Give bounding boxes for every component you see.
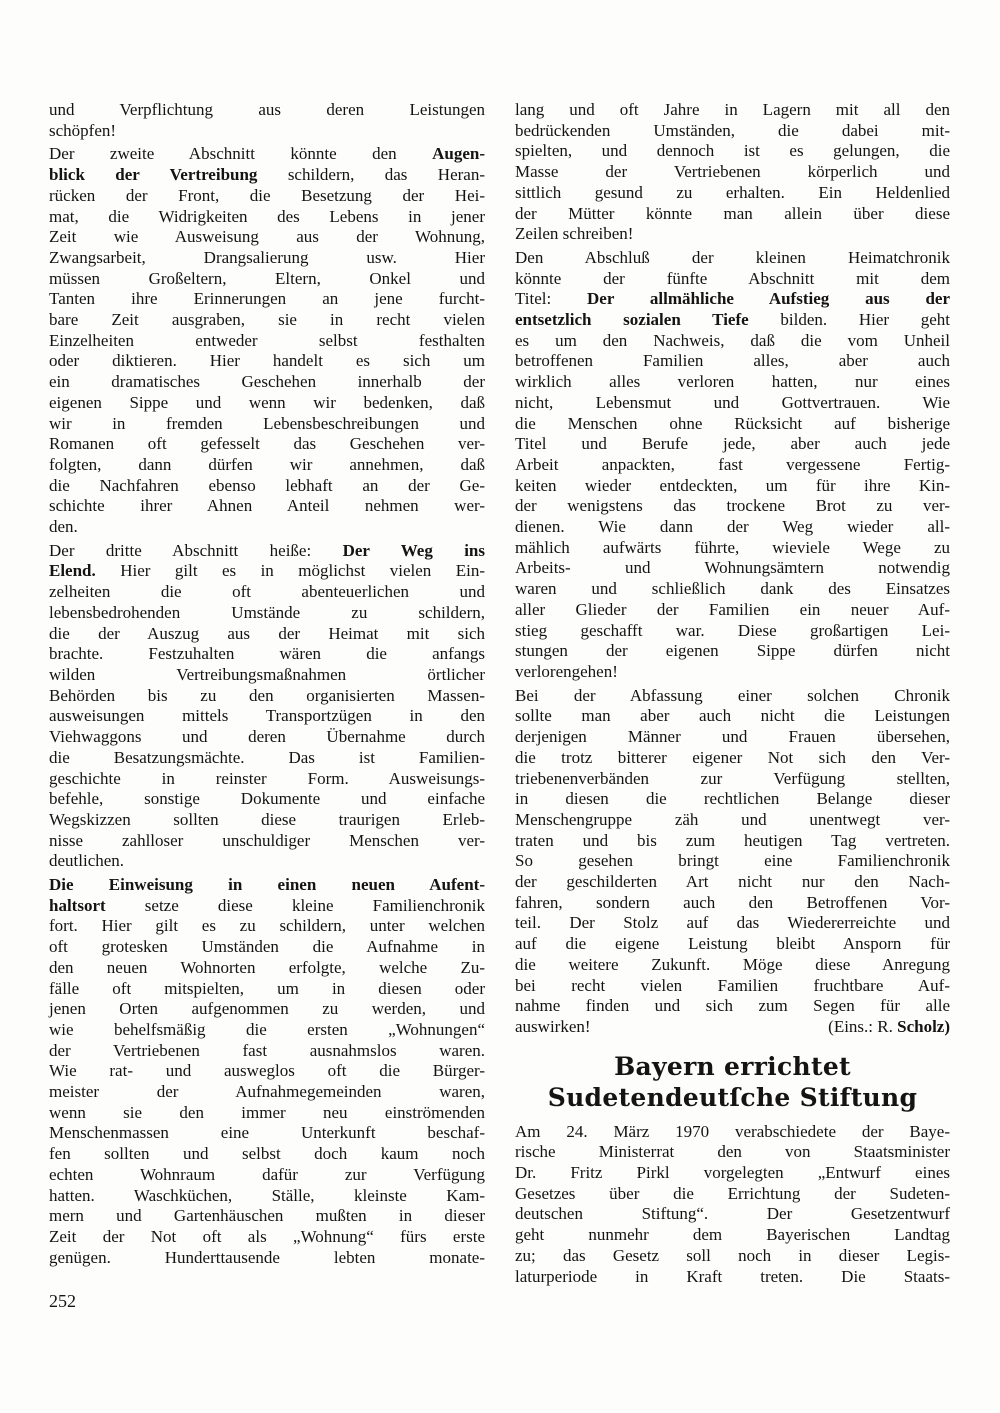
text-segment: stieg geschafft war. Diese großartigen L…	[515, 621, 950, 640]
text-line: derjenigen Männer und Frauen übersehen,	[515, 727, 950, 748]
text-segment: ausweisungen mittels Transportzügen in d…	[49, 706, 485, 725]
text-line: rücken der Front, die Besetzung der Hei-	[49, 186, 485, 207]
paragraph: Am 24. März 1970 verabschiedete der Baye…	[515, 1122, 950, 1288]
text-line: oder diktieren. Hier handelt es sich um	[49, 351, 485, 372]
column-right: lang und oft Jahre in Lagern mit all den…	[515, 100, 950, 1287]
text-segment: in diesen die rechtlichen Belange dieser	[515, 789, 950, 808]
text-line: jenen Orten aufgenommen zu werden, und	[49, 999, 485, 1020]
text-segment: zu; das Gesetz soll noch in dieser Legis…	[515, 1246, 950, 1265]
text-segment: die Besatzungsmächte. Das ist Familien-	[49, 748, 485, 767]
paragraph: Die Einweisung in einen neuen Aufent-hal…	[49, 875, 485, 1268]
text-segment: Menschengruppe zäh und unentwegt ver-	[515, 810, 950, 829]
text-line: auswirken!(Eins.: R. Scholz)	[515, 1017, 950, 1038]
article-heading-line: Sudetendeutſche Stiftung	[515, 1082, 950, 1113]
text-segment: müssen Großeltern, Eltern, Onkel und	[49, 269, 485, 288]
text-segment: nisse zahlloser unschuldiger Menschen ve…	[49, 831, 485, 850]
text-line: Arbeit anpackten, fast vergessene Fertig…	[515, 455, 950, 476]
text-line: mern und Gartenhäuschen mußten in dieser	[49, 1206, 485, 1227]
text-line: Der zweite Abschnitt könnte den Augen-	[49, 144, 485, 165]
text-line: Masse der Vertriebenen körperlich und	[515, 162, 950, 183]
text-line: Dr. Fritz Pirkl vorgelegten „Entwurf ein…	[515, 1163, 950, 1184]
text-segment: der geschilderten Art nicht nur den Nach…	[515, 872, 950, 891]
text-line: Viehwaggons und deren Übernahme durch	[49, 727, 485, 748]
text-segment: bilden. Hier geht	[749, 310, 950, 329]
text-segment: die der Auszug aus der Heimat mit sich	[49, 624, 485, 643]
text-line: die weitere Zukunft. Möge diese Anregung	[515, 955, 950, 976]
text-segment: mern und Gartenhäuschen mußten in dieser	[49, 1206, 485, 1225]
text-line: Titel: Der allmähliche Aufstieg aus der	[515, 289, 950, 310]
text-segment: deutlichen.	[49, 851, 124, 870]
text-segment: Tanten ihre Erinnerungen an jene furcht-	[49, 289, 485, 308]
text-segment: Masse der Vertriebenen körperlich und	[515, 162, 950, 181]
text-line: lang und oft Jahre in Lagern mit all den	[515, 100, 950, 121]
bold-text-segment: Der allmähliche Aufstieg aus der	[587, 289, 950, 308]
text-line: stieg geschafft war. Diese großartigen L…	[515, 621, 950, 642]
text-line: zu; das Gesetz soll noch in dieser Legis…	[515, 1246, 950, 1267]
text-segment: geschichte in reinster Form. Ausweisungs…	[49, 769, 485, 788]
text-line: der Mütter könnte man allein über diese	[515, 204, 950, 225]
text-line: Arbeits- und Wohnungsämtern notwendig	[515, 558, 950, 579]
text-line: wie behelfsmäßig die ersten „Wohnungen“	[49, 1020, 485, 1041]
bold-text-segment: entsetzlich sozialen Tiefe	[515, 310, 749, 329]
text-segment: zelheiten die oft abenteuerlichen und	[49, 582, 485, 601]
text-line: blick der Vertreibung schildern, das Her…	[49, 165, 485, 186]
text-line: Romanen oft gefesselt das Geschehen ver-	[49, 434, 485, 455]
text-line: wirklich alles verloren hatten, nur eine…	[515, 372, 950, 393]
text-line: teil. Der Stolz auf das Wiedererreichte …	[515, 913, 950, 934]
text-line: Elend. Hier gilt es in möglichst vielen …	[49, 561, 485, 582]
text-segment: derjenigen Männer und Frauen übersehen,	[515, 727, 950, 746]
text-line: ausweisungen mittels Transportzügen in d…	[49, 706, 485, 727]
bold-text-segment: Der Weg ins	[343, 541, 485, 560]
text-line: Zeit der Not oft als „Wohnung“ fürs erst…	[49, 1227, 485, 1248]
text-segment: die Nachfahren ebenso lebhaft an der Ge-	[49, 476, 485, 495]
line-right-part: (Eins.: R. Scholz)	[828, 1017, 950, 1038]
text-segment: der wenigstens das trockene Brot zu ver-	[515, 496, 950, 515]
text-segment: der Mütter könnte man allein über diese	[515, 204, 950, 223]
text-line: die Menschen ohne Rücksicht auf bisherig…	[515, 414, 950, 435]
text-line: Einzelheiten entweder selbst festhalten	[49, 331, 485, 352]
paragraph: Bei der Abfassung einer solchen Chroniks…	[515, 686, 950, 1038]
text-segment: die trotz bitterer eigener Not sich den …	[515, 748, 950, 767]
text-segment: und Verpflichtung aus deren Leistungen	[49, 100, 485, 119]
text-segment: stungen der eigenen Sippe dürfen nicht	[515, 641, 950, 660]
text-line: stungen der eigenen Sippe dürfen nicht	[515, 641, 950, 662]
text-line: wir in fremden Lebensbeschreibungen und	[49, 414, 485, 435]
text-line: haltsort setze diese kleine Familienchro…	[49, 896, 485, 917]
text-line: Gesetzes über die Errichtung der Sudeten…	[515, 1184, 950, 1205]
text-line: keiten wieder entdeckten, um für ihre Ki…	[515, 476, 950, 497]
text-segment: sittlich gesund zu erhalten. Ein Heldenl…	[515, 183, 950, 202]
text-line: nisse zahlloser unschuldiger Menschen ve…	[49, 831, 485, 852]
text-segment: fahren, sondern auch den Betroffenen Vor…	[515, 893, 950, 912]
text-line: den neuen Wohnorten erfolgte, welche Zu-	[49, 958, 485, 979]
text-line: Zeilen schreiben!	[515, 224, 950, 245]
text-segment: nicht, Lebensmut und Gottvertrauen. Wie	[515, 393, 950, 412]
text-segment: schildern, das Heran-	[257, 165, 485, 184]
text-line: waren und schließlich dank des Einsatzes	[515, 579, 950, 600]
text-line: schöpfen!	[49, 121, 485, 142]
text-segment: laturperiode in Kraft treten. Die Staats…	[515, 1267, 950, 1286]
text-segment: auswirken!	[515, 1017, 591, 1036]
text-segment: Viehwaggons und deren Übernahme durch	[49, 727, 485, 746]
text-line: geht nunmehr dem Bayerischen Landtag	[515, 1225, 950, 1246]
text-line: laturperiode in Kraft treten. Die Staats…	[515, 1267, 950, 1288]
text-line: eigenen Sippe und wenn wir bedenken, daß	[49, 393, 485, 414]
text-line: folgten, dann dürfen wir annehmen, daß	[49, 455, 485, 476]
text-line: sollte man aber auch nicht die Leistunge…	[515, 706, 950, 727]
paragraph: und Verpflichtung aus deren Leistungensc…	[49, 100, 485, 141]
text-segment: der Vertriebenen fast ausnahmslos waren.	[49, 1041, 485, 1060]
text-line: Die Einweisung in einen neuen Aufent-	[49, 875, 485, 896]
text-line: die trotz bitterer eigener Not sich den …	[515, 748, 950, 769]
text-segment: Behörden bis zu den organisierten Massen…	[49, 686, 485, 705]
text-segment: sollte man aber auch nicht die Leistunge…	[515, 706, 950, 725]
text-line: nahme finden und sich zum Segen für alle	[515, 996, 950, 1017]
text-segment: wenn sie den immer neu einströmenden	[49, 1103, 485, 1122]
paragraph: Der zweite Abschnitt könnte den Augen-bl…	[49, 144, 485, 537]
text-segment: die weitere Zukunft. Möge diese Anregung	[515, 955, 950, 974]
document-page: und Verpflichtung aus deren Leistungensc…	[0, 0, 1000, 1413]
text-segment: fen sollten und selbst doch kaum noch	[49, 1144, 485, 1163]
text-segment: waren und schließlich dank des Einsatzes	[515, 579, 950, 598]
text-line: wilden Vertreibungsmaßnahmen örtlicher	[49, 665, 485, 686]
text-segment: meister der Aufnahmegemeinden waren,	[49, 1082, 485, 1101]
text-segment: betroffenen Familien alles, aber auch	[515, 351, 950, 370]
text-line: mählich aufwärts führte, wieviele Wege z…	[515, 538, 950, 559]
bold-text-segment: Scholz)	[897, 1017, 950, 1036]
text-line: die Nachfahren ebenso lebhaft an der Ge-	[49, 476, 485, 497]
text-line: die Besatzungsmächte. Das ist Familien-	[49, 748, 485, 769]
text-segment: Titel:	[515, 289, 587, 308]
text-segment: lebensbedrohenden Umstände zu schildern,	[49, 603, 485, 622]
paragraph: Den Abschluß der kleinen Heimatchronikkö…	[515, 248, 950, 683]
text-segment: rücken der Front, die Besetzung der Hei-	[49, 186, 485, 205]
text-line: fälle oft mitspielten, um in diesen oder	[49, 979, 485, 1000]
text-line: fahren, sondern auch den Betroffenen Vor…	[515, 893, 950, 914]
text-segment: Am 24. März 1970 verabschiedete der Baye…	[515, 1122, 950, 1141]
text-segment: Zwangsarbeit, Drangsalierung usw. Hier	[49, 248, 485, 267]
text-segment: dienen. Wie dann der Weg wieder all-	[515, 517, 950, 536]
text-line: der geschilderten Art nicht nur den Nach…	[515, 872, 950, 893]
text-segment: Zeit wie Ausweisung aus der Wohnung,	[49, 227, 485, 246]
text-segment: es um den Nachweis, daß die vom Unheil	[515, 331, 950, 350]
text-segment: könnte der fünfte Abschnitt mit dem	[515, 269, 950, 288]
text-segment: nahme finden und sich zum Segen für alle	[515, 996, 950, 1015]
text-line: Wegskizzen sollten diese traurigen Erleb…	[49, 810, 485, 831]
text-line: die der Auszug aus der Heimat mit sich	[49, 624, 485, 645]
text-segment: schichte ihrer Ahnen Anteil nehmen wer-	[49, 496, 485, 515]
text-line: bei recht vielen Familien fruchtbare Auf…	[515, 976, 950, 997]
text-line: lebensbedrohenden Umstände zu schildern,	[49, 603, 485, 624]
text-segment: Der zweite Abschnitt könnte den	[49, 144, 432, 163]
text-line: sittlich gesund zu erhalten. Ein Heldenl…	[515, 183, 950, 204]
text-segment: Einzelheiten entweder selbst festhalten	[49, 331, 485, 350]
text-segment: Der dritte Abschnitt heiße:	[49, 541, 343, 560]
bold-text-segment: Elend.	[49, 561, 96, 580]
text-line: wenn sie den immer neu einströmenden	[49, 1103, 485, 1124]
text-line: befehle, sonstige Dokumente und einfache	[49, 789, 485, 810]
text-line: Menschenmassen eine Unterkunft beschaf-	[49, 1123, 485, 1144]
text-line: Bei der Abfassung einer solchen Chronik	[515, 686, 950, 707]
text-line: traten und bis zum heutigen Tag vertrete…	[515, 831, 950, 852]
text-segment: den neuen Wohnorten erfolgte, welche Zu-	[49, 958, 485, 977]
text-line: verlorengehen!	[515, 662, 950, 683]
text-segment: bedrückenden Umständen, die dabei mit-	[515, 121, 950, 140]
text-segment: Titel und Berufe jede, aber auch jede	[515, 434, 950, 453]
text-segment: Wie rat- und ausweglos oft die Bürger-	[49, 1061, 485, 1080]
text-line: spielten, und dennoch ist es gelungen, d…	[515, 141, 950, 162]
article-heading-line: Bayern errichtet	[515, 1051, 950, 1082]
text-line: fen sollten und selbst doch kaum noch	[49, 1144, 485, 1165]
text-line: So gesehen bringt eine Familienchronik	[515, 851, 950, 872]
text-segment: keiten wieder entdeckten, um für ihre Ki…	[515, 476, 950, 495]
text-line: rische Ministerrat den von Staatsministe…	[515, 1142, 950, 1163]
text-segment: Zeit der Not oft als „Wohnung“ fürs erst…	[49, 1227, 485, 1246]
text-line: bare Zeit ausgraben, sie in recht vielen	[49, 310, 485, 331]
text-line: der wenigstens das trockene Brot zu ver-	[515, 496, 950, 517]
text-segment: Arbeit anpackten, fast vergessene Fertig…	[515, 455, 950, 474]
bold-text-segment: Augen-	[432, 144, 485, 163]
text-line: Tanten ihre Erinnerungen an jene furcht-	[49, 289, 485, 310]
text-line: Zwangsarbeit, Drangsalierung usw. Hier	[49, 248, 485, 269]
text-segment: aller Glieder der Familien ein neuer Auf…	[515, 600, 950, 619]
text-segment: bei recht vielen Familien fruchtbare Auf…	[515, 976, 950, 995]
text-segment: mählich aufwärts führte, wieviele Wege z…	[515, 538, 950, 557]
bold-text-segment: blick der Vertreibung	[49, 165, 257, 184]
text-line: genügen. Hunderttausende lebten monate-	[49, 1248, 485, 1269]
text-segment: oder diktieren. Hier handelt es sich um	[49, 351, 485, 370]
text-line: aller Glieder der Familien ein neuer Auf…	[515, 600, 950, 621]
text-line: hatten. Waschküchen, Ställe, kleinste Ka…	[49, 1186, 485, 1207]
text-line: bedrückenden Umständen, die dabei mit-	[515, 121, 950, 142]
text-segment: bare Zeit ausgraben, sie in recht vielen	[49, 310, 485, 329]
text-line: in diesen die rechtlichen Belange dieser	[515, 789, 950, 810]
text-segment: befehle, sonstige Dokumente und einfache	[49, 789, 485, 808]
text-line: Am 24. März 1970 verabschiedete der Baye…	[515, 1122, 950, 1143]
text-line: es um den Nachweis, daß die vom Unheil	[515, 331, 950, 352]
bold-text-segment: haltsort	[49, 896, 106, 915]
text-segment: teil. Der Stolz auf das Wiedererreichte …	[515, 913, 950, 932]
text-line: deutschen Stiftung“. Der Gesetzentwurf	[515, 1204, 950, 1225]
text-segment: Wegskizzen sollten diese traurigen Erleb…	[49, 810, 485, 829]
text-segment: verlorengehen!	[515, 662, 618, 681]
text-segment: wie behelfsmäßig die ersten „Wohnungen“	[49, 1020, 485, 1039]
text-segment: ein dramatisches Geschehen innerhalb der	[49, 372, 485, 391]
text-segment: fort. Hier gilt es zu schildern, unter w…	[49, 916, 485, 935]
text-line: schichte ihrer Ahnen Anteil nehmen wer-	[49, 496, 485, 517]
text-line: auf die eigene Leistung bleibt Ansporn f…	[515, 934, 950, 955]
text-line: Der dritte Abschnitt heiße: Der Weg ins	[49, 541, 485, 562]
line-left-part: auswirken!	[515, 1017, 591, 1038]
text-line: Titel und Berufe jede, aber auch jede	[515, 434, 950, 455]
text-segment: wilden Vertreibungsmaßnahmen örtlicher	[49, 665, 485, 684]
text-line: den.	[49, 517, 485, 538]
bold-text-segment: Die Einweisung in einen neuen Aufent-	[49, 875, 485, 894]
text-line: dienen. Wie dann der Weg wieder all-	[515, 517, 950, 538]
text-line: betroffenen Familien alles, aber auch	[515, 351, 950, 372]
text-line: und Verpflichtung aus deren Leistungen	[49, 100, 485, 121]
page-number: 252	[49, 1290, 76, 1312]
text-segment: mat, die Widrigkeiten des Lebens in jene…	[49, 207, 485, 226]
text-line: entsetzlich sozialen Tiefe bilden. Hier …	[515, 310, 950, 331]
text-segment: Zeilen schreiben!	[515, 224, 633, 243]
text-line: echten Wohnraum dafür zur Verfügung	[49, 1165, 485, 1186]
text-line: deutlichen.	[49, 851, 485, 872]
text-segment: Den Abschluß der kleinen Heimatchronik	[515, 248, 950, 267]
text-segment: Menschenmassen eine Unterkunft beschaf-	[49, 1123, 485, 1142]
text-segment: geht nunmehr dem Bayerischen Landtag	[515, 1225, 950, 1244]
text-line: meister der Aufnahmegemeinden waren,	[49, 1082, 485, 1103]
text-segment: Dr. Fritz Pirkl vorgelegten „Entwurf ein…	[515, 1163, 950, 1182]
text-segment: wir in fremden Lebensbeschreibungen und	[49, 414, 485, 433]
text-segment: eigenen Sippe und wenn wir bedenken, daß	[49, 393, 485, 412]
text-line: müssen Großeltern, Eltern, Onkel und	[49, 269, 485, 290]
text-line: Zeit wie Ausweisung aus der Wohnung,	[49, 227, 485, 248]
text-segment: fälle oft mitspielten, um in diesen oder	[49, 979, 485, 998]
text-segment: triebenenverbänden zur Verfügung stellte…	[515, 769, 950, 788]
text-segment: wirklich alles verloren hatten, nur eine…	[515, 372, 950, 391]
text-segment: echten Wohnraum dafür zur Verfügung	[49, 1165, 485, 1184]
text-segment: hatten. Waschküchen, Ställe, kleinste Ka…	[49, 1186, 485, 1205]
article-heading: Bayern errichtetSudetendeutſche Stiftung	[515, 1051, 950, 1113]
text-segment: setze diese kleine Familienchronik	[106, 896, 485, 915]
text-line: ein dramatisches Geschehen innerhalb der	[49, 372, 485, 393]
text-segment: rische Ministerrat den von Staatsministe…	[515, 1142, 950, 1161]
text-segment: spielten, und dennoch ist es gelungen, d…	[515, 141, 950, 160]
text-line: der Vertriebenen fast ausnahmslos waren.	[49, 1041, 485, 1062]
text-segment: Romanen oft gefesselt das Geschehen ver-	[49, 434, 485, 453]
text-segment: jenen Orten aufgenommen zu werden, und	[49, 999, 485, 1018]
text-line: Den Abschluß der kleinen Heimatchronik	[515, 248, 950, 269]
text-segment: oft grotesken Umständen die Aufnahme in	[49, 937, 485, 956]
text-segment: auf die eigene Leistung bleibt Ansporn f…	[515, 934, 950, 953]
text-segment: deutschen Stiftung“. Der Gesetzentwurf	[515, 1204, 950, 1223]
text-segment: folgten, dann dürfen wir annehmen, daß	[49, 455, 485, 474]
text-line: oft grotesken Umständen die Aufnahme in	[49, 937, 485, 958]
paragraph: Der dritte Abschnitt heiße: Der Weg insE…	[49, 541, 485, 872]
text-line: Behörden bis zu den organisierten Massen…	[49, 686, 485, 707]
text-segment: lang und oft Jahre in Lagern mit all den	[515, 100, 950, 119]
paragraph: lang und oft Jahre in Lagern mit all den…	[515, 100, 950, 245]
text-segment: die Menschen ohne Rücksicht auf bisherig…	[515, 414, 950, 433]
text-line: könnte der fünfte Abschnitt mit dem	[515, 269, 950, 290]
text-segment: brachte. Festzuhalten wären die anfangs	[49, 644, 485, 663]
text-line: Wie rat- und ausweglos oft die Bürger-	[49, 1061, 485, 1082]
text-segment: (Eins.: R.	[828, 1017, 897, 1036]
text-segment: genügen. Hunderttausende lebten monate-	[49, 1248, 485, 1267]
text-line: zelheiten die oft abenteuerlichen und	[49, 582, 485, 603]
text-segment: Hier gilt es in möglichst vielen Ein-	[96, 561, 485, 580]
text-segment: Arbeits- und Wohnungsämtern notwendig	[515, 558, 950, 577]
text-line: Menschengruppe zäh und unentwegt ver-	[515, 810, 950, 831]
text-segment: traten und bis zum heutigen Tag vertrete…	[515, 831, 950, 850]
column-left: und Verpflichtung aus deren Leistungensc…	[49, 100, 485, 1268]
text-segment: Gesetzes über die Errichtung der Sudeten…	[515, 1184, 950, 1203]
text-line: brachte. Festzuhalten wären die anfangs	[49, 644, 485, 665]
text-line: mat, die Widrigkeiten des Lebens in jene…	[49, 207, 485, 228]
text-segment: Bei der Abfassung einer solchen Chronik	[515, 686, 950, 705]
text-line: fort. Hier gilt es zu schildern, unter w…	[49, 916, 485, 937]
text-line: nicht, Lebensmut und Gottvertrauen. Wie	[515, 393, 950, 414]
text-segment: schöpfen!	[49, 121, 116, 140]
text-segment: So gesehen bringt eine Familienchronik	[515, 851, 950, 870]
text-line: geschichte in reinster Form. Ausweisungs…	[49, 769, 485, 790]
text-segment: den.	[49, 517, 78, 536]
text-line: triebenenverbänden zur Verfügung stellte…	[515, 769, 950, 790]
